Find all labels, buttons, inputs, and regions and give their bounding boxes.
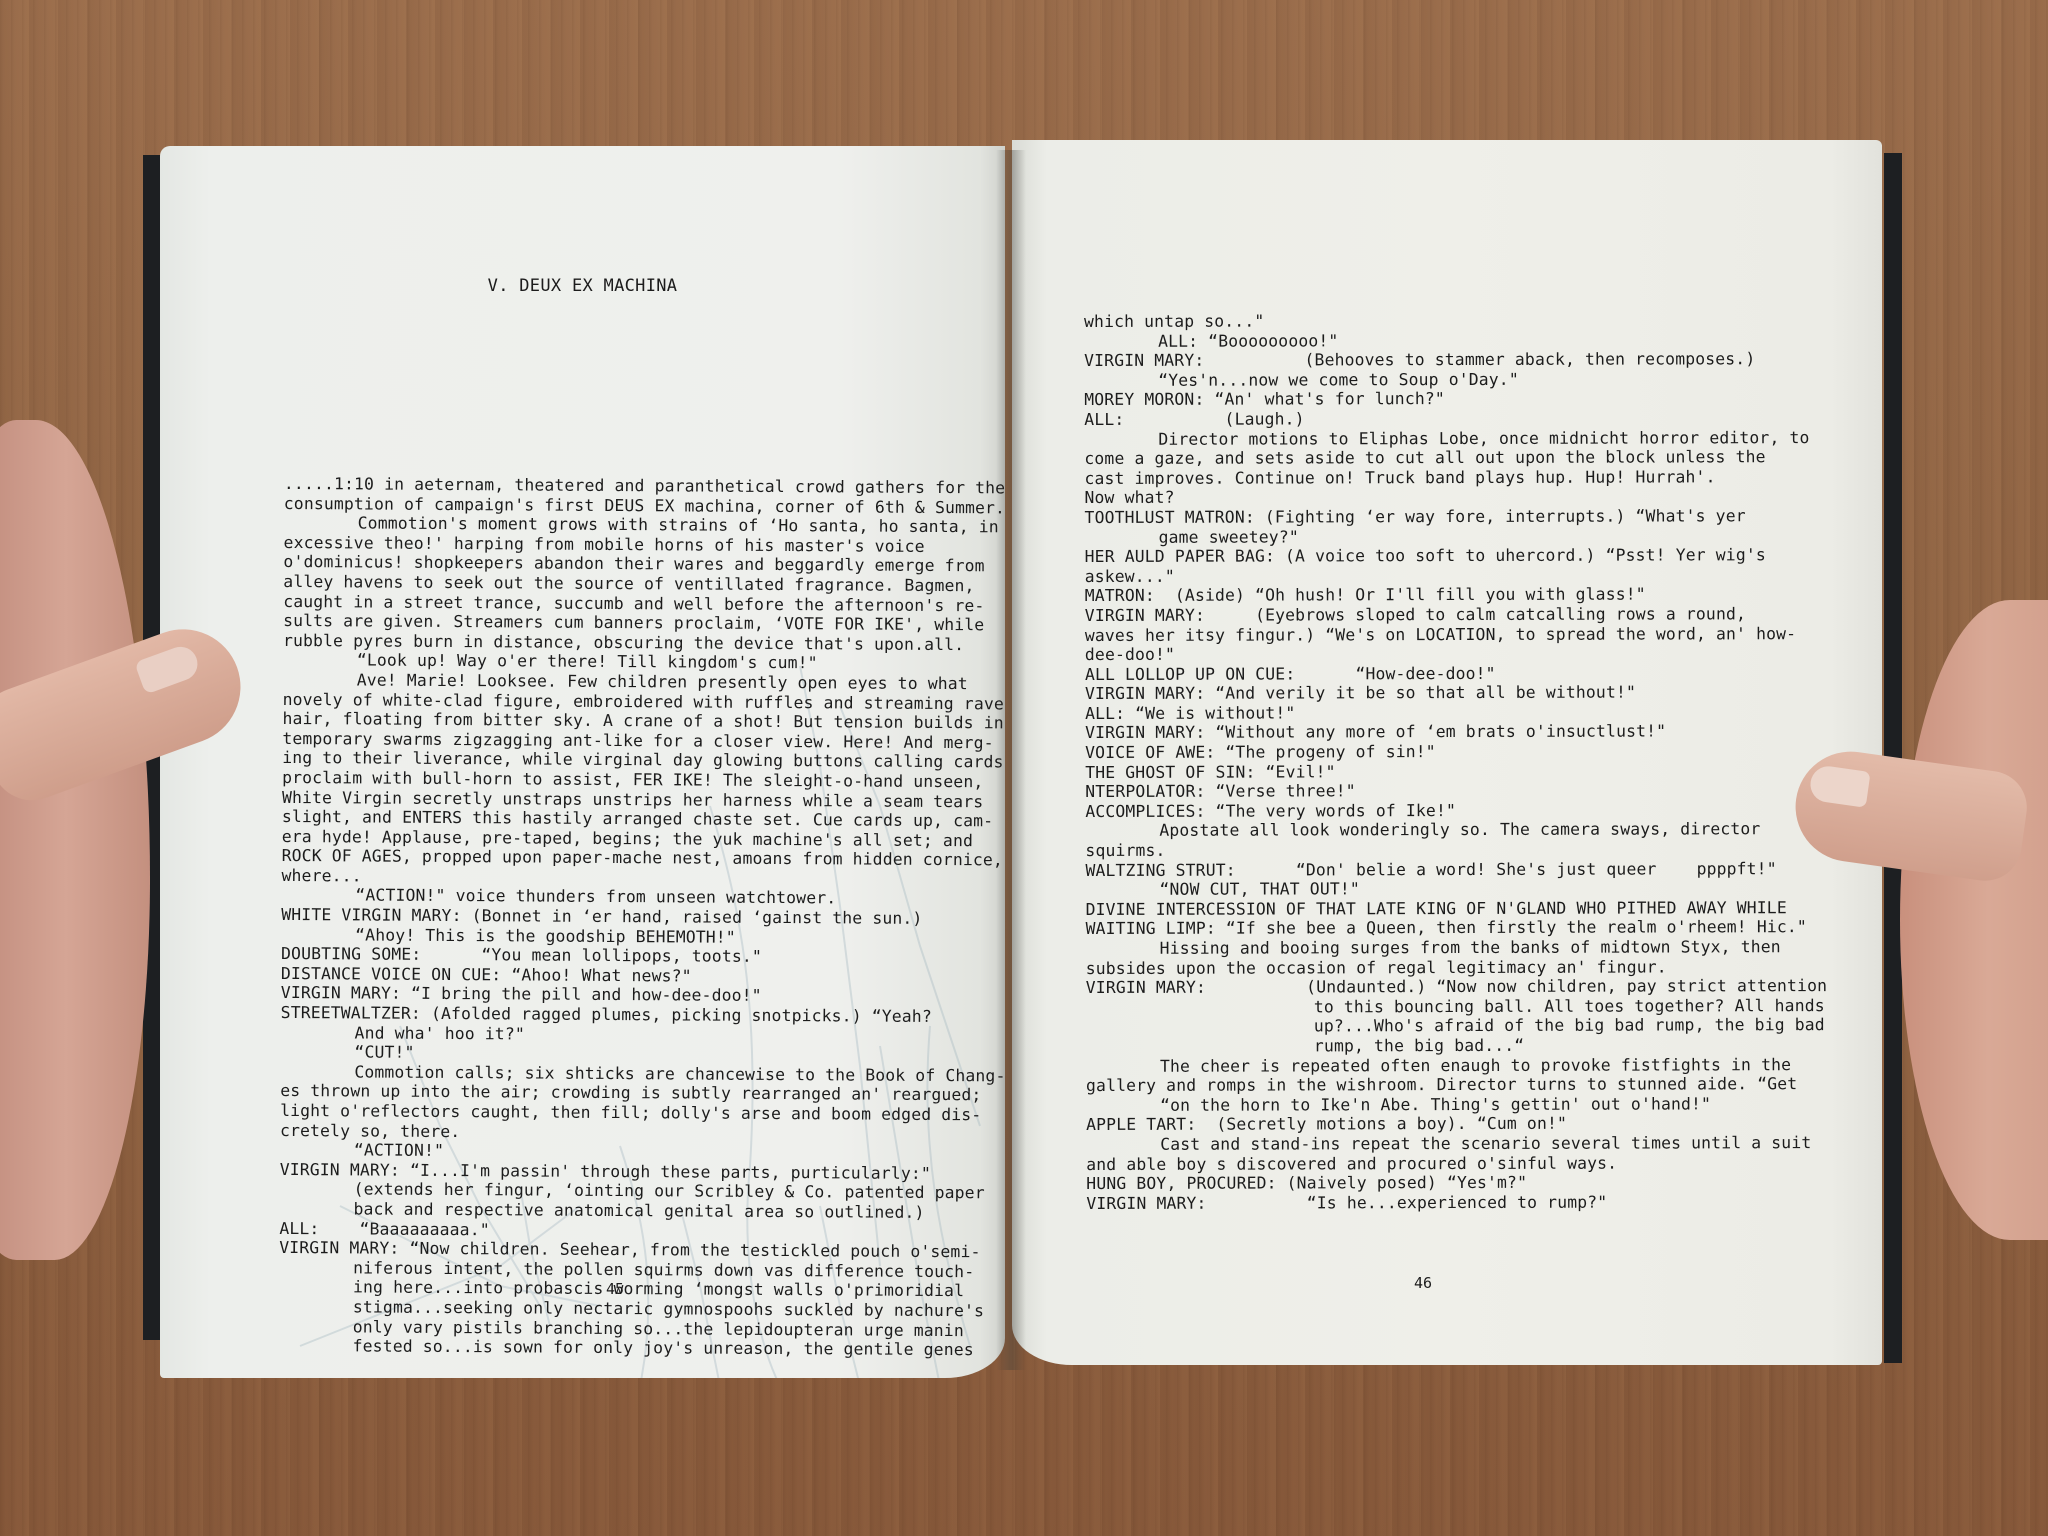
text-line: game sweetey?" (1085, 526, 1826, 548)
text-line: subsides upon the occasion of regal legi… (1086, 957, 1827, 979)
right-hand (1900, 600, 2048, 1240)
text-line: MOREY MORON: “An' what's for lunch?" (1084, 388, 1825, 410)
text-line: Now what? (1084, 486, 1825, 508)
text-line: THE GHOST OF SIN: “Evil!" (1085, 761, 1826, 783)
text-line: DIVINE INTERCESSION OF THAT LATE KING OF… (1086, 898, 1827, 920)
left-page-text: .....1:10 in aeternam, theatered and par… (279, 474, 1005, 1360)
text-line: MATRON: (Aside) “Oh hush! Or I'll fill y… (1085, 584, 1826, 606)
text-line: “on the horn to Ike'n Abe. Thing's getti… (1086, 1094, 1827, 1116)
text-line: waves her itsy fingur.) “We's on LOCATIO… (1085, 624, 1826, 646)
text-line: gallery and romps in the wishroom. Direc… (1086, 1074, 1827, 1096)
text-line: HUNG BOY, PROCURED: (Naively posed) “Yes… (1086, 1172, 1827, 1194)
text-line: cast improves. Continue on! Truck band p… (1084, 467, 1825, 489)
left-hand (0, 420, 150, 1260)
text-line: VIRGIN MARY: “And verily it be so that a… (1085, 682, 1826, 704)
page-number: 45 (606, 1280, 624, 1298)
text-line: up?...Who's afraid of the big bad rump, … (1086, 1015, 1827, 1037)
text-line: APPLE TART: (Secretly motions a boy). “C… (1086, 1113, 1827, 1135)
text-line: WAITING LIMP: “If she bee a Queen, then … (1086, 917, 1827, 939)
text-line: come a gaze, and sets aside to cut all o… (1084, 447, 1825, 469)
text-line: askew..." (1085, 565, 1826, 587)
text-line: ACCOMPLICES: “The very words of Ike!" (1085, 800, 1826, 822)
text-line: VIRGIN MARY: (Behooves to stammer aback,… (1084, 349, 1825, 371)
text-line: to this bouncing ball. All toes together… (1086, 996, 1827, 1018)
text-line: NTERPOLATOR: “Verse three!" (1085, 780, 1826, 802)
text-line: Cast and stand-ins repeat the scenario s… (1086, 1133, 1827, 1155)
text-line: VOICE OF AWE: “The progeny of sin!" (1085, 741, 1826, 763)
text-line: ALL LOLLOP UP ON CUE: “How-dee-doo!" (1085, 663, 1826, 685)
text-line: ALL: “We is without!" (1085, 702, 1826, 724)
text-line: “Yes'n...now we come to Soup o'Day." (1084, 369, 1825, 391)
chapter-title: V. DEUX EX MACHINA (160, 276, 1005, 296)
text-line: HER AULD PAPER BAG: (A voice too soft to… (1085, 545, 1826, 567)
text-line: ALL: “Booooooooo!" (1084, 330, 1825, 352)
text-line: squirms. (1085, 839, 1826, 861)
right-page: which untap so..."ALL: “Booooooooo!"VIRG… (1012, 140, 1882, 1365)
text-line: VIRGIN MARY: (Undaunted.) “Now now child… (1086, 976, 1827, 998)
text-line: Director motions to Eliphas Lobe, once m… (1084, 428, 1825, 450)
text-line: The cheer is repeated often enaugh to pr… (1086, 1055, 1827, 1077)
text-line: “NOW CUT, THAT OUT!" (1085, 878, 1826, 900)
thumbnail (134, 642, 202, 694)
text-line: VIRGIN MARY: “Without any more of ‘em br… (1085, 722, 1826, 744)
text-line: WALTZING STRUT: “Don' belie a word! She'… (1085, 859, 1826, 881)
text-line: Hissing and booing surges from the banks… (1086, 937, 1827, 959)
text-line: dee-doo!" (1085, 643, 1826, 665)
text-line: ALL: (Laugh.) (1084, 408, 1825, 430)
left-page: V. DEUX EX MACHINA .....1:10 in aeternam… (160, 146, 1005, 1378)
text-line: TOOTHLUST MATRON: (Fighting ‘er way fore… (1085, 506, 1826, 528)
text-line: which untap so..." (1084, 310, 1825, 332)
thumbnail (1808, 764, 1870, 808)
right-page-text: which untap so..."ALL: “Booooooooo!"VIRG… (1084, 310, 1828, 1213)
text-line: VIRGIN MARY: (Eyebrows sloped to calm ca… (1085, 604, 1826, 626)
text-line: rump, the big bad...“ (1086, 1035, 1827, 1057)
text-line: Apostate all look wonderingly so. The ca… (1085, 819, 1826, 841)
text-line: and able boy s discovered and procured o… (1086, 1153, 1827, 1175)
text-line: VIRGIN MARY: “Is he...experienced to rum… (1086, 1192, 1827, 1214)
book-spine-gutter (996, 150, 1026, 1370)
page-number: 46 (1414, 1274, 1432, 1292)
